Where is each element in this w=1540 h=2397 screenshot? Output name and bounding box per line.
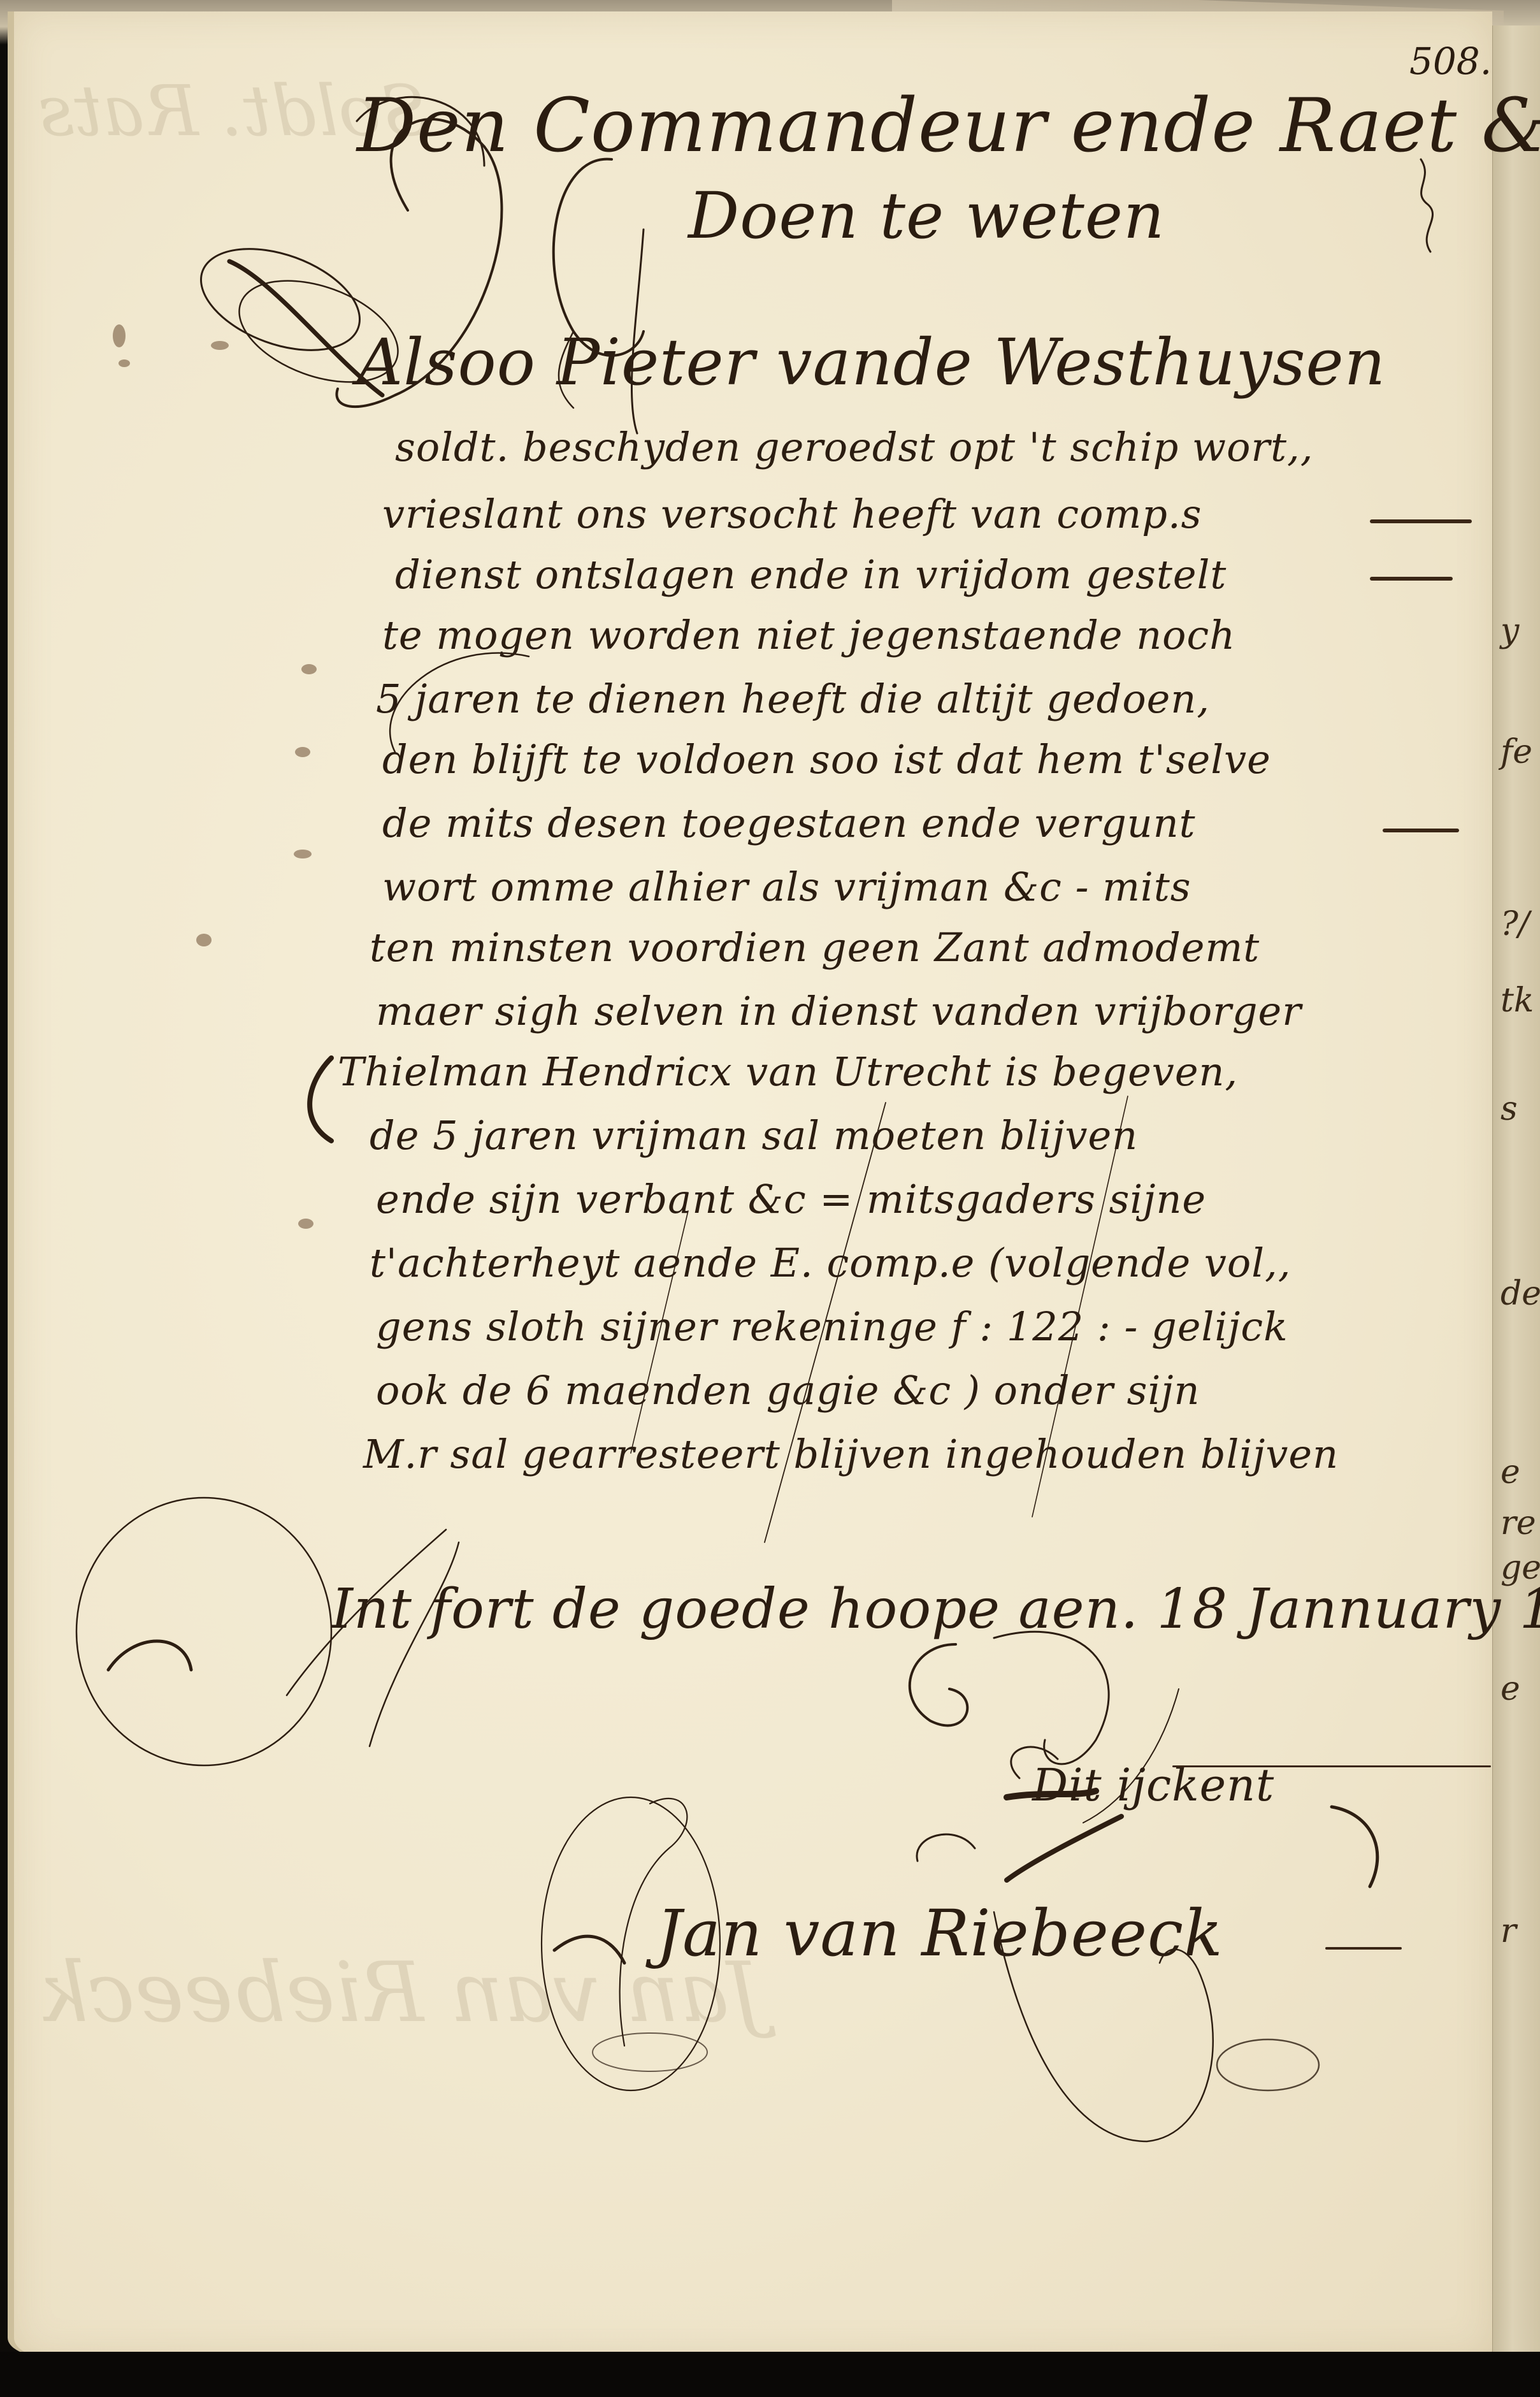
body-line: dienst ontslagen ende in vrijdom gestelt xyxy=(395,551,1227,598)
signature: Jan van Riebeeck xyxy=(656,1896,1223,1971)
margin-fragment: s xyxy=(1500,1090,1518,1128)
body-line: t'achterheyt aende E. comp.e (volgende v… xyxy=(370,1240,1291,1286)
margin-fragment: r xyxy=(1500,1912,1516,1950)
dateline: Int fort de goede hoope aen. 18 Jannuary… xyxy=(331,1577,1540,1641)
body-line: ook de 6 maenden gagie &c ) onder sijn xyxy=(376,1367,1200,1414)
body-line: 5 jaren te dienen heeft die altijt gedoe… xyxy=(376,676,1210,722)
margin-fragment: e xyxy=(1500,1453,1520,1491)
adjacent-page-edge xyxy=(1491,25,1540,2358)
folio-number: 508. xyxy=(1409,40,1492,83)
attestation-rule xyxy=(1172,1765,1491,1767)
body-line: de mits desen toegestaen ende vergunt xyxy=(382,800,1196,846)
margin-fragment: e xyxy=(1500,1670,1520,1708)
body-line: vrieslant ons versocht heeft van comp.s xyxy=(382,491,1202,537)
body-line: te mogen worden niet jegenstaende noch xyxy=(382,612,1235,658)
body-line: soldt. beschyden geroedst opt 't schip w… xyxy=(395,424,1313,470)
margin-fragment: re xyxy=(1500,1504,1536,1542)
margin-fragment: de xyxy=(1500,1275,1540,1313)
body-line: gens sloth sijner rekeninge f : 122 : - … xyxy=(376,1303,1288,1350)
line-fill-mark xyxy=(1370,577,1453,581)
body-line: den blijft te voldoen soo ist dat hem t'… xyxy=(382,736,1271,783)
body-line: de 5 jaren vrijman sal moeten blijven xyxy=(370,1112,1138,1159)
margin-fragment: fe xyxy=(1500,733,1532,771)
signature-dash xyxy=(1325,1947,1402,1950)
margin-fragment: tk xyxy=(1500,981,1534,1020)
line-fill-mark xyxy=(1370,519,1472,523)
body-line: Thielman Hendricx van Utrecht is begeven… xyxy=(338,1048,1238,1095)
margin-fragment: ge xyxy=(1500,1549,1540,1587)
body-line: M.r sal gearresteert blijven ingehouden … xyxy=(363,1431,1339,1477)
heading-line-2: Doen te weten xyxy=(688,178,1165,253)
scan-background xyxy=(0,2352,1540,2397)
heading-line-1: Den Commandeur ende Raet &c xyxy=(357,83,1540,169)
margin-fragment: y xyxy=(1500,612,1519,650)
body-line: maer sigh selven in dienst vanden vrijbo… xyxy=(376,988,1302,1034)
body-line: Alsoo Pieter vande Westhuysen xyxy=(357,325,1386,400)
line-fill-mark xyxy=(1383,829,1459,832)
body-line: ende sijn verbant &c = mitsgaders sijne xyxy=(376,1176,1206,1222)
body-line: ten minsten voordien geen Zant admodemt xyxy=(370,924,1260,971)
margin-fragment: ?/ xyxy=(1500,905,1529,943)
body-line: wort omme alhier als vrijman &c - mits xyxy=(382,864,1191,910)
bleed-through-signature: Jan van Riebeeck xyxy=(38,1944,762,2041)
